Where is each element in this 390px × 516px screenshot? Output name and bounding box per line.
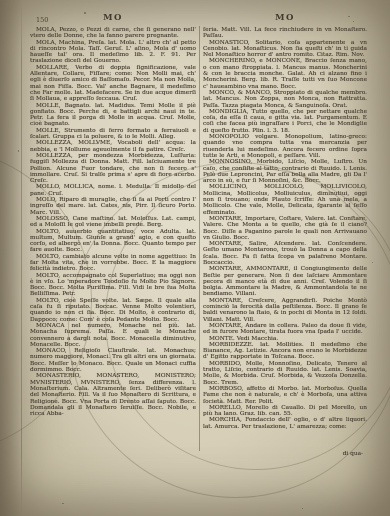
running-head-right: MO [203,13,367,23]
book-page: 150 MO MO MOLA, Pezzo, o Pezzi di carne,… [0,0,390,516]
dictionary-entry: MORCHIA, Fondaccio dell' oglio, o d' alt… [203,417,367,430]
dictionary-entry: MONTARE, Creſcere, Aggrandirſi. Poiche M… [203,298,367,323]
dictionary-entry: MOLA, Machina, Preſa. lat. Mola. L' altr… [30,40,196,65]
column-rule [199,26,200,451]
dictionary-entry: MONNOSINO, Morbido, Liſcio, Molle, Luſtr… [203,159,367,184]
dictionary-entry: MORELLO, Morello di Cauallo. Di pel More… [203,405,367,418]
catchword: di qua- [203,451,363,457]
dictionary-entry: MORBIDO, Molle, Monnoſino, Delicato, Ten… [203,361,367,386]
dictionary-entry: ſeria. Matt. Vill. La fece rinchiudere i… [203,27,367,40]
dictionary-entry: MOLLICINO, MOLLICOLO, MOLLIVICOLO, Molli… [203,184,367,215]
right-column: ſeria. Matt. Vill. La fece rinchiudere i… [203,27,367,450]
dictionary-entry: MONTARE, Salire, Aſcendere. lat. Conſcen… [203,241,367,266]
dictionary-entry: MOLLE, Strumento di ferro formato a ferr… [30,128,196,141]
speckle [372,262,373,263]
dictionary-entry: MOLOSSO, Cane maſtino. lat. Moloſſus. La… [30,216,196,229]
dictionary-entry: MOLLEZZA, per mondezza Morbidezza, Luſſu… [30,153,196,184]
dictionary-entry: MONTARE, Andare in collera. Paleo da dou… [203,323,367,336]
dictionary-entry: MORBIDEZZE. lat. Mollities. Il medeſimo … [203,342,367,361]
dictionary-entry: MONASTICO, Solitario, coſa appartenente … [203,40,367,59]
dictionary-entry: MOLTO, cioè Speſſe volte. lat. Sæpe. Il … [30,298,196,323]
dictionary-entry: MONOPOLIO volgare. Monopolium, latino-gr… [203,134,367,159]
dictionary-entry: MONACA nel numero, Monache nel più. lat.… [30,323,196,348]
dictionary-entry: MONCHERINO, e MONCONE, Braccio ſenza man… [203,58,367,89]
dictionary-entry: MOLTO, auuerbio quantitatiuo, voce Adult… [30,229,196,254]
dictionary-entry: MONCO, & MANCO, Stroppiato di qualche me… [203,90,367,109]
speckle [62,503,64,504]
dictionary-entry: MOLLE, Bagnato. lat. Madidus. Temi Molle… [30,103,196,128]
speckle [302,508,303,509]
running-head-left: MO [30,13,196,23]
dictionary-entry: MONASTERIO, MONASTERO, MONISTERO; MVNIST… [30,373,196,417]
dictionary-entry: MOLO, Riparo di muraglie, che ſi fa ai P… [30,197,196,216]
binding-edge-shadow [0,0,22,516]
dictionary-entry: MOLLARE, Verbo di doppia ſignificazione,… [30,65,196,103]
dictionary-entry: MORBOSO, affetto di Morbo. lat. Morboſus… [203,386,367,405]
dictionary-entry: MOLLO, MOLLICA, nome. l. Medulla. Il mid… [30,184,196,197]
dictionary-entry: MOLTO, accompagnato col Superlatiuo; ma … [30,273,196,298]
dictionary-entry: MONTARE, Importare, Coſtare, Valere. lat… [203,216,367,241]
dictionary-entry: MOLLEZZA, MOLLVME, Vocaboli dell' acqua:… [30,140,196,153]
dictionary-entry: MOLA, Pezzo, o Pezzi di carne, che ſi ge… [30,27,196,40]
dictionary-entry: MONTARE, AMMONTARE, il Congiungimento de… [203,266,367,297]
dictionary-entry: MONDIGLIA, Tutto quello, che per nettare… [203,109,367,134]
dictionary-entry: MONACO, Religioſo Clauſtrale. lat. Monac… [30,348,196,373]
fold-line [21,0,22,516]
left-column: MOLA, Pezzo, o Pezzi di carne, che ſi ge… [30,27,196,450]
dictionary-entry: MOLTO, cambiato alcune volte in nome agg… [30,254,196,273]
